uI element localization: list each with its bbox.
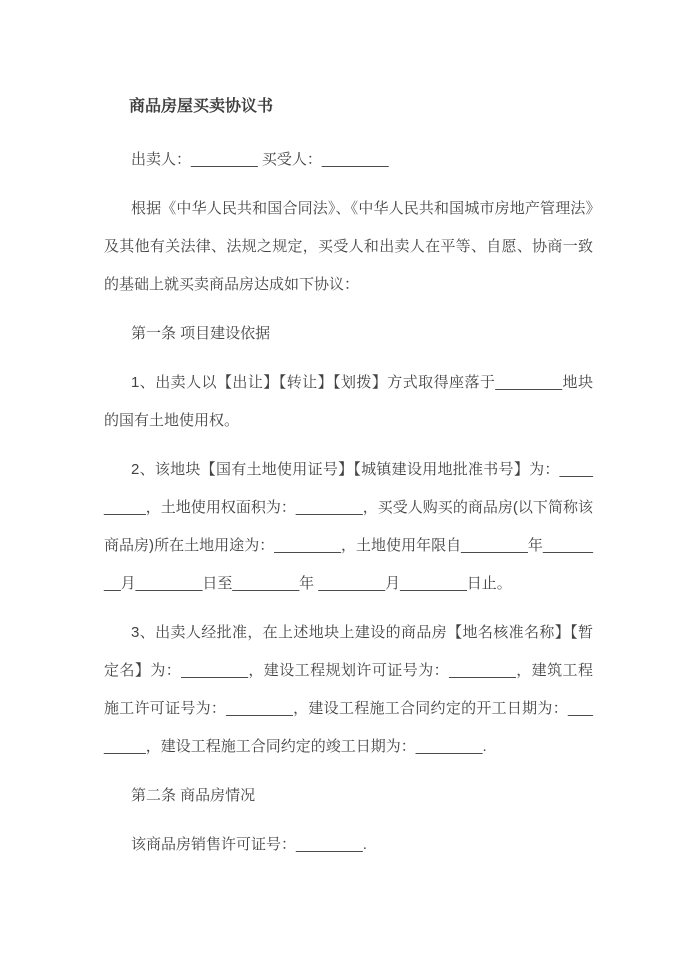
article-1-clause-3: 3、出卖人经批准，在上述地块上建设的商品房【地名核准名称】【暂定名】为：____… — [104, 614, 593, 766]
article-2-heading: 第二条 商品房情况 — [104, 777, 593, 815]
document-title: 商品房屋买卖协议书 — [104, 88, 593, 126]
preamble-paragraph: 根据《中华人民共和国合同法》、《中华人民共和国城市房地产管理法》及其他有关法律、… — [104, 190, 593, 304]
contract-document-page: 商品房屋买卖协议书 出卖人：________ 买受人：________ 根据《中… — [0, 0, 690, 976]
article-2-clause-1: 该商品房销售许可证号：________. — [104, 826, 593, 864]
article-1-heading: 第一条 项目建设依据 — [104, 315, 593, 353]
article-1-clause-2: 2、该地块【国有土地使用证号】【城镇建设用地批准书号】为：_________，土… — [104, 451, 593, 603]
article-1-clause-1: 1、出卖人以【出让】【转让】【划拨】方式取得座落于________地块的国有土地… — [104, 364, 593, 440]
parties-line: 出卖人：________ 买受人：________ — [104, 141, 593, 179]
